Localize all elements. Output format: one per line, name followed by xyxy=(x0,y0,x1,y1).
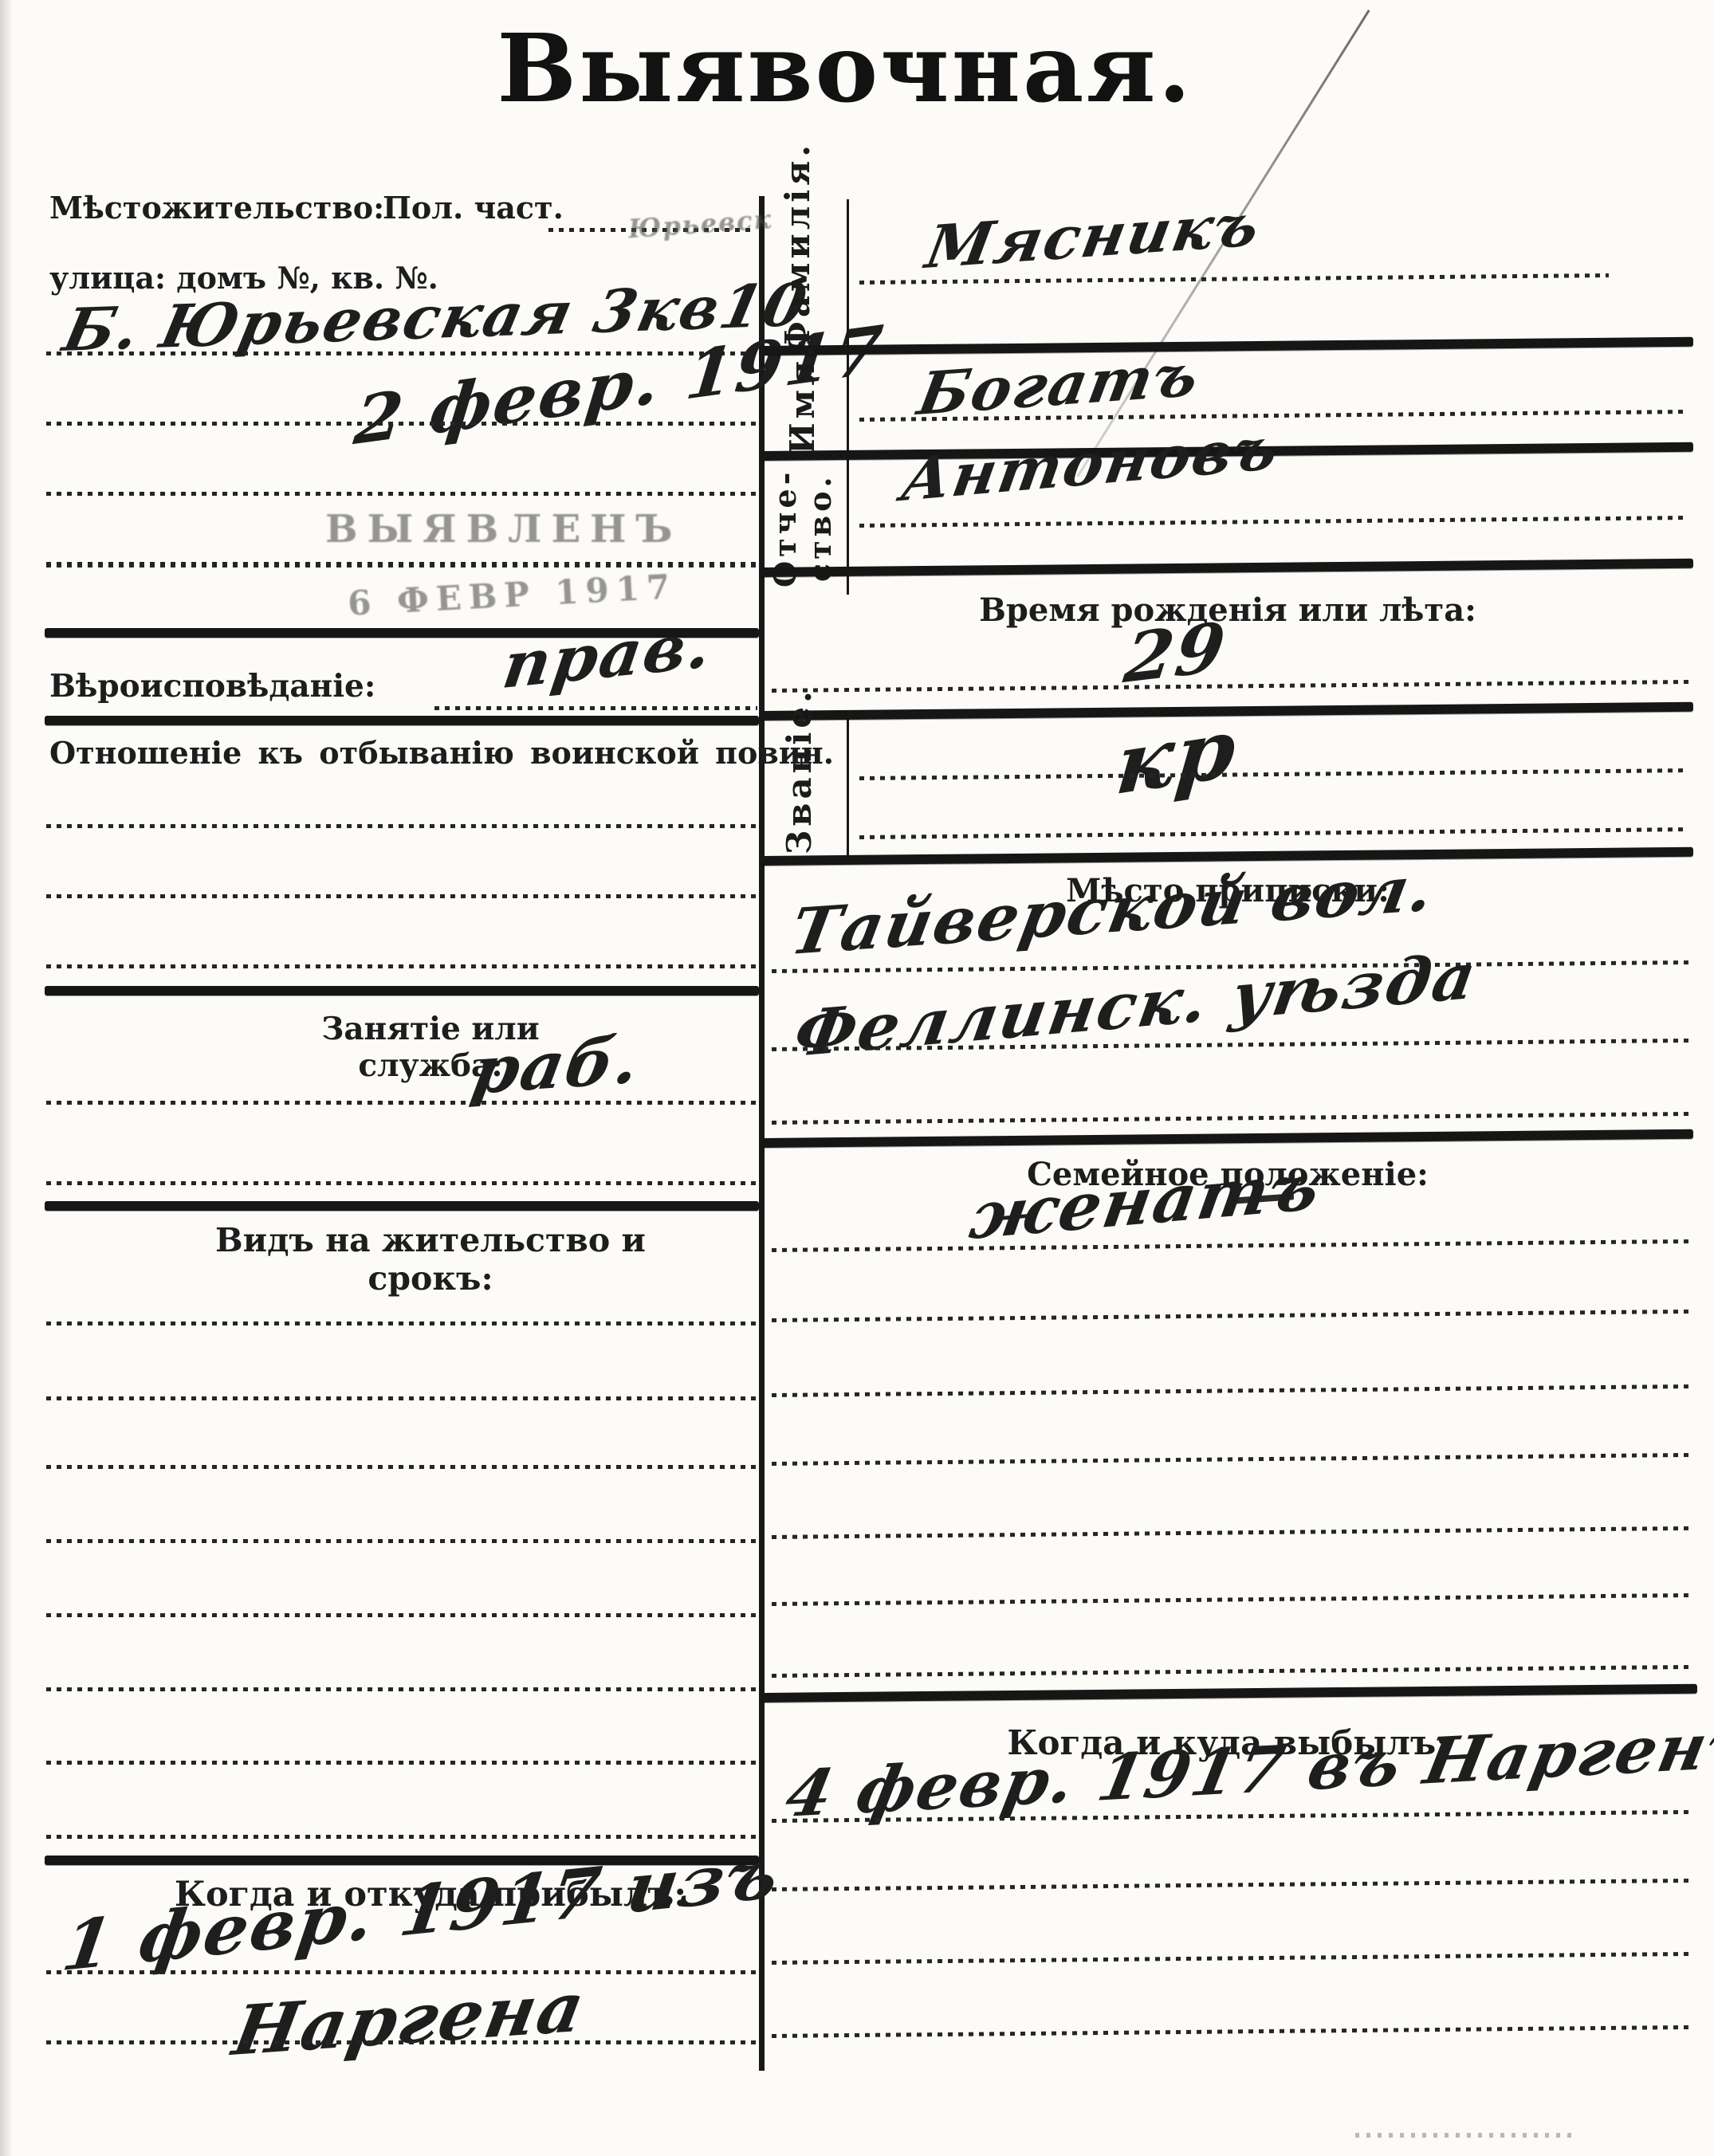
dotted-line xyxy=(46,492,757,496)
dotted-line xyxy=(772,1879,1688,1891)
dotted-line xyxy=(772,1453,1688,1466)
dotted-line xyxy=(46,422,757,426)
military-service-label: Отношеніе къ отбыванію воинской повин. xyxy=(49,735,834,771)
city-stamp-fragment: Юрьевск xyxy=(627,204,773,245)
section-rule xyxy=(45,986,759,996)
residence-label: Мѣстожительство: xyxy=(49,190,384,226)
dotted-line xyxy=(46,1101,757,1105)
dotted-line xyxy=(46,562,757,567)
dotted-line xyxy=(859,768,1688,780)
surname-vertical-label: Фамилія. xyxy=(778,206,817,353)
dotted-line xyxy=(46,824,757,828)
label-column-rule xyxy=(847,199,849,595)
dotted-line xyxy=(46,1539,757,1543)
dotted-line xyxy=(46,1761,757,1765)
firstname-vertical-label: Имя. xyxy=(783,363,822,454)
dotted-line xyxy=(772,680,1688,693)
dotted-line xyxy=(46,1396,757,1400)
rank-handwritten: кр xyxy=(1112,699,1241,814)
dotted-line xyxy=(772,2025,1688,2038)
police-part-label: Пол. част. xyxy=(383,190,564,226)
dotted-line xyxy=(46,894,757,898)
dotted-line xyxy=(772,1665,1688,1678)
dotted-line xyxy=(46,2040,757,2044)
section-rule xyxy=(761,847,1693,866)
dotted-line xyxy=(46,964,757,968)
dotted-line xyxy=(46,1970,757,1974)
row-rule xyxy=(761,337,1693,355)
dotted-line xyxy=(46,1687,757,1691)
dotted-line xyxy=(772,1310,1688,1322)
religion-dotted-line xyxy=(434,706,757,710)
scan-edge-shadow xyxy=(0,0,13,2156)
row-rule xyxy=(761,559,1693,577)
dotted-line xyxy=(772,1112,1688,1125)
residence-permit-label: Видъ на жительство и срокъ: xyxy=(215,1221,646,1298)
section-rule xyxy=(761,1684,1697,1702)
dotted-line xyxy=(772,1526,1688,1539)
section-rule xyxy=(761,1129,1693,1148)
revealed-stamp: ВЫЯВЛЕНЪ xyxy=(325,507,682,552)
central-divider-rule xyxy=(759,196,765,2071)
dotted-line xyxy=(46,1321,757,1325)
section-rule xyxy=(45,1201,759,1211)
patronymic-handwritten: Антоновъ xyxy=(897,414,1284,515)
dotted-line xyxy=(772,1384,1688,1397)
dotted-line xyxy=(46,1835,757,1839)
dotted-line xyxy=(772,1593,1688,1606)
dotted-line xyxy=(46,1181,757,1185)
rank-vertical-label: Званіе. xyxy=(780,727,819,854)
dotted-line xyxy=(46,1465,757,1469)
occupation-handwritten: раб. xyxy=(466,1022,647,1109)
revealed-date-stamp: 6 ФЕВР 1917 xyxy=(347,567,678,623)
dotted-line xyxy=(46,1613,757,1617)
arrived-handwritten-line2: Наргена xyxy=(227,1967,592,2072)
section-rule xyxy=(45,716,759,725)
surname-handwritten: Мясникъ xyxy=(921,191,1266,282)
scan-noise-fragment xyxy=(1355,2133,1578,2138)
document-page: Выявочная. Мѣстожительство: Пол. част. Ю… xyxy=(0,0,1714,2156)
dotted-line xyxy=(859,516,1688,528)
label-column-rule xyxy=(847,716,849,858)
dotted-line xyxy=(859,827,1688,839)
religion-handwritten: прав. xyxy=(498,607,717,703)
page-title: Выявочная. xyxy=(430,13,1260,124)
religion-label: Вѣроисповѣданіе: xyxy=(49,668,375,705)
dotted-line xyxy=(772,1952,1688,1965)
dotted-line xyxy=(772,1239,1688,1252)
